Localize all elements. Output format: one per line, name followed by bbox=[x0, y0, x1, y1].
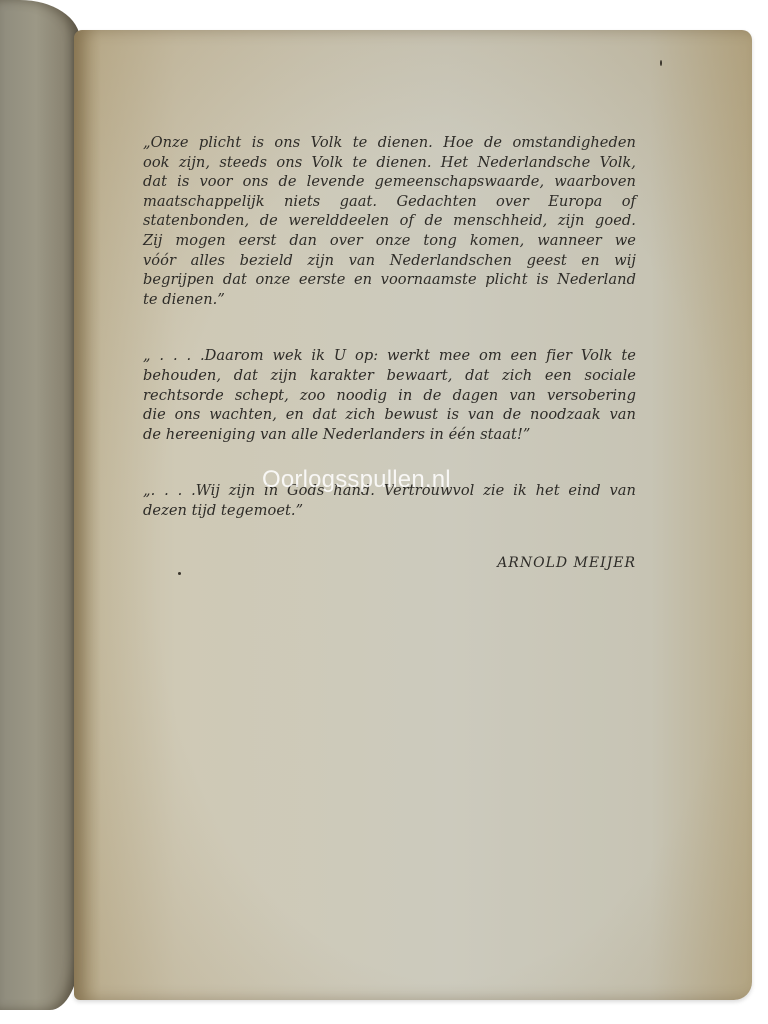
watermark-text: Oorlogsspullen.nl bbox=[262, 466, 451, 494]
text-line: begrijpen dat onze eerste en voornaamste… bbox=[143, 270, 636, 290]
text-line: dat is voor ons de levende gemeenschapsw… bbox=[143, 172, 636, 192]
text-line: rechtsorde schept, zoo noodig in de dage… bbox=[143, 386, 636, 406]
text-line: Zij mogen eerst dan over onze tong komen… bbox=[143, 231, 636, 251]
text-line: ook zijn, steeds ons Volk te dienen. Het… bbox=[143, 153, 636, 173]
text-line: te dienen.” bbox=[143, 290, 636, 310]
paper-speck bbox=[660, 60, 662, 66]
left-page-edge bbox=[0, 0, 80, 1010]
text-line: „Onze plicht is ons Volk te dienen. Hoe … bbox=[143, 133, 636, 153]
text-line: behouden, dat zijn karakter bewaart, dat… bbox=[143, 366, 636, 386]
text-line: dezen tijd tegemoet.” bbox=[143, 501, 636, 521]
text-line: vóór alles bezield zijn van Nederlandsch… bbox=[143, 251, 636, 271]
author-signature: ARNOLD MEIJER bbox=[497, 555, 636, 571]
text-line: de hereeniging van alle Nederlanders in … bbox=[143, 425, 636, 445]
text-line: statenbonden, de werelddeelen of de mens… bbox=[143, 211, 636, 231]
text-line: die ons wachten, en dat zich bewust is v… bbox=[143, 405, 636, 425]
book-photo: „Onze plicht is ons Volk te dienen. Hoe … bbox=[0, 0, 768, 1024]
quote-text-block: „Onze plicht is ons Volk te dienen. Hoe … bbox=[143, 133, 636, 521]
paper-speck bbox=[178, 572, 181, 575]
quote-paragraph-1: „Onze plicht is ons Volk te dienen. Hoe … bbox=[143, 133, 636, 309]
text-line: „ . . . .Daarom wek ik U op: werkt mee o… bbox=[143, 346, 636, 366]
text-line: maatschappelijk niets gaat. Gedachten ov… bbox=[143, 192, 636, 212]
quote-paragraph-2: „ . . . .Daarom wek ik U op: werkt mee o… bbox=[143, 346, 636, 444]
